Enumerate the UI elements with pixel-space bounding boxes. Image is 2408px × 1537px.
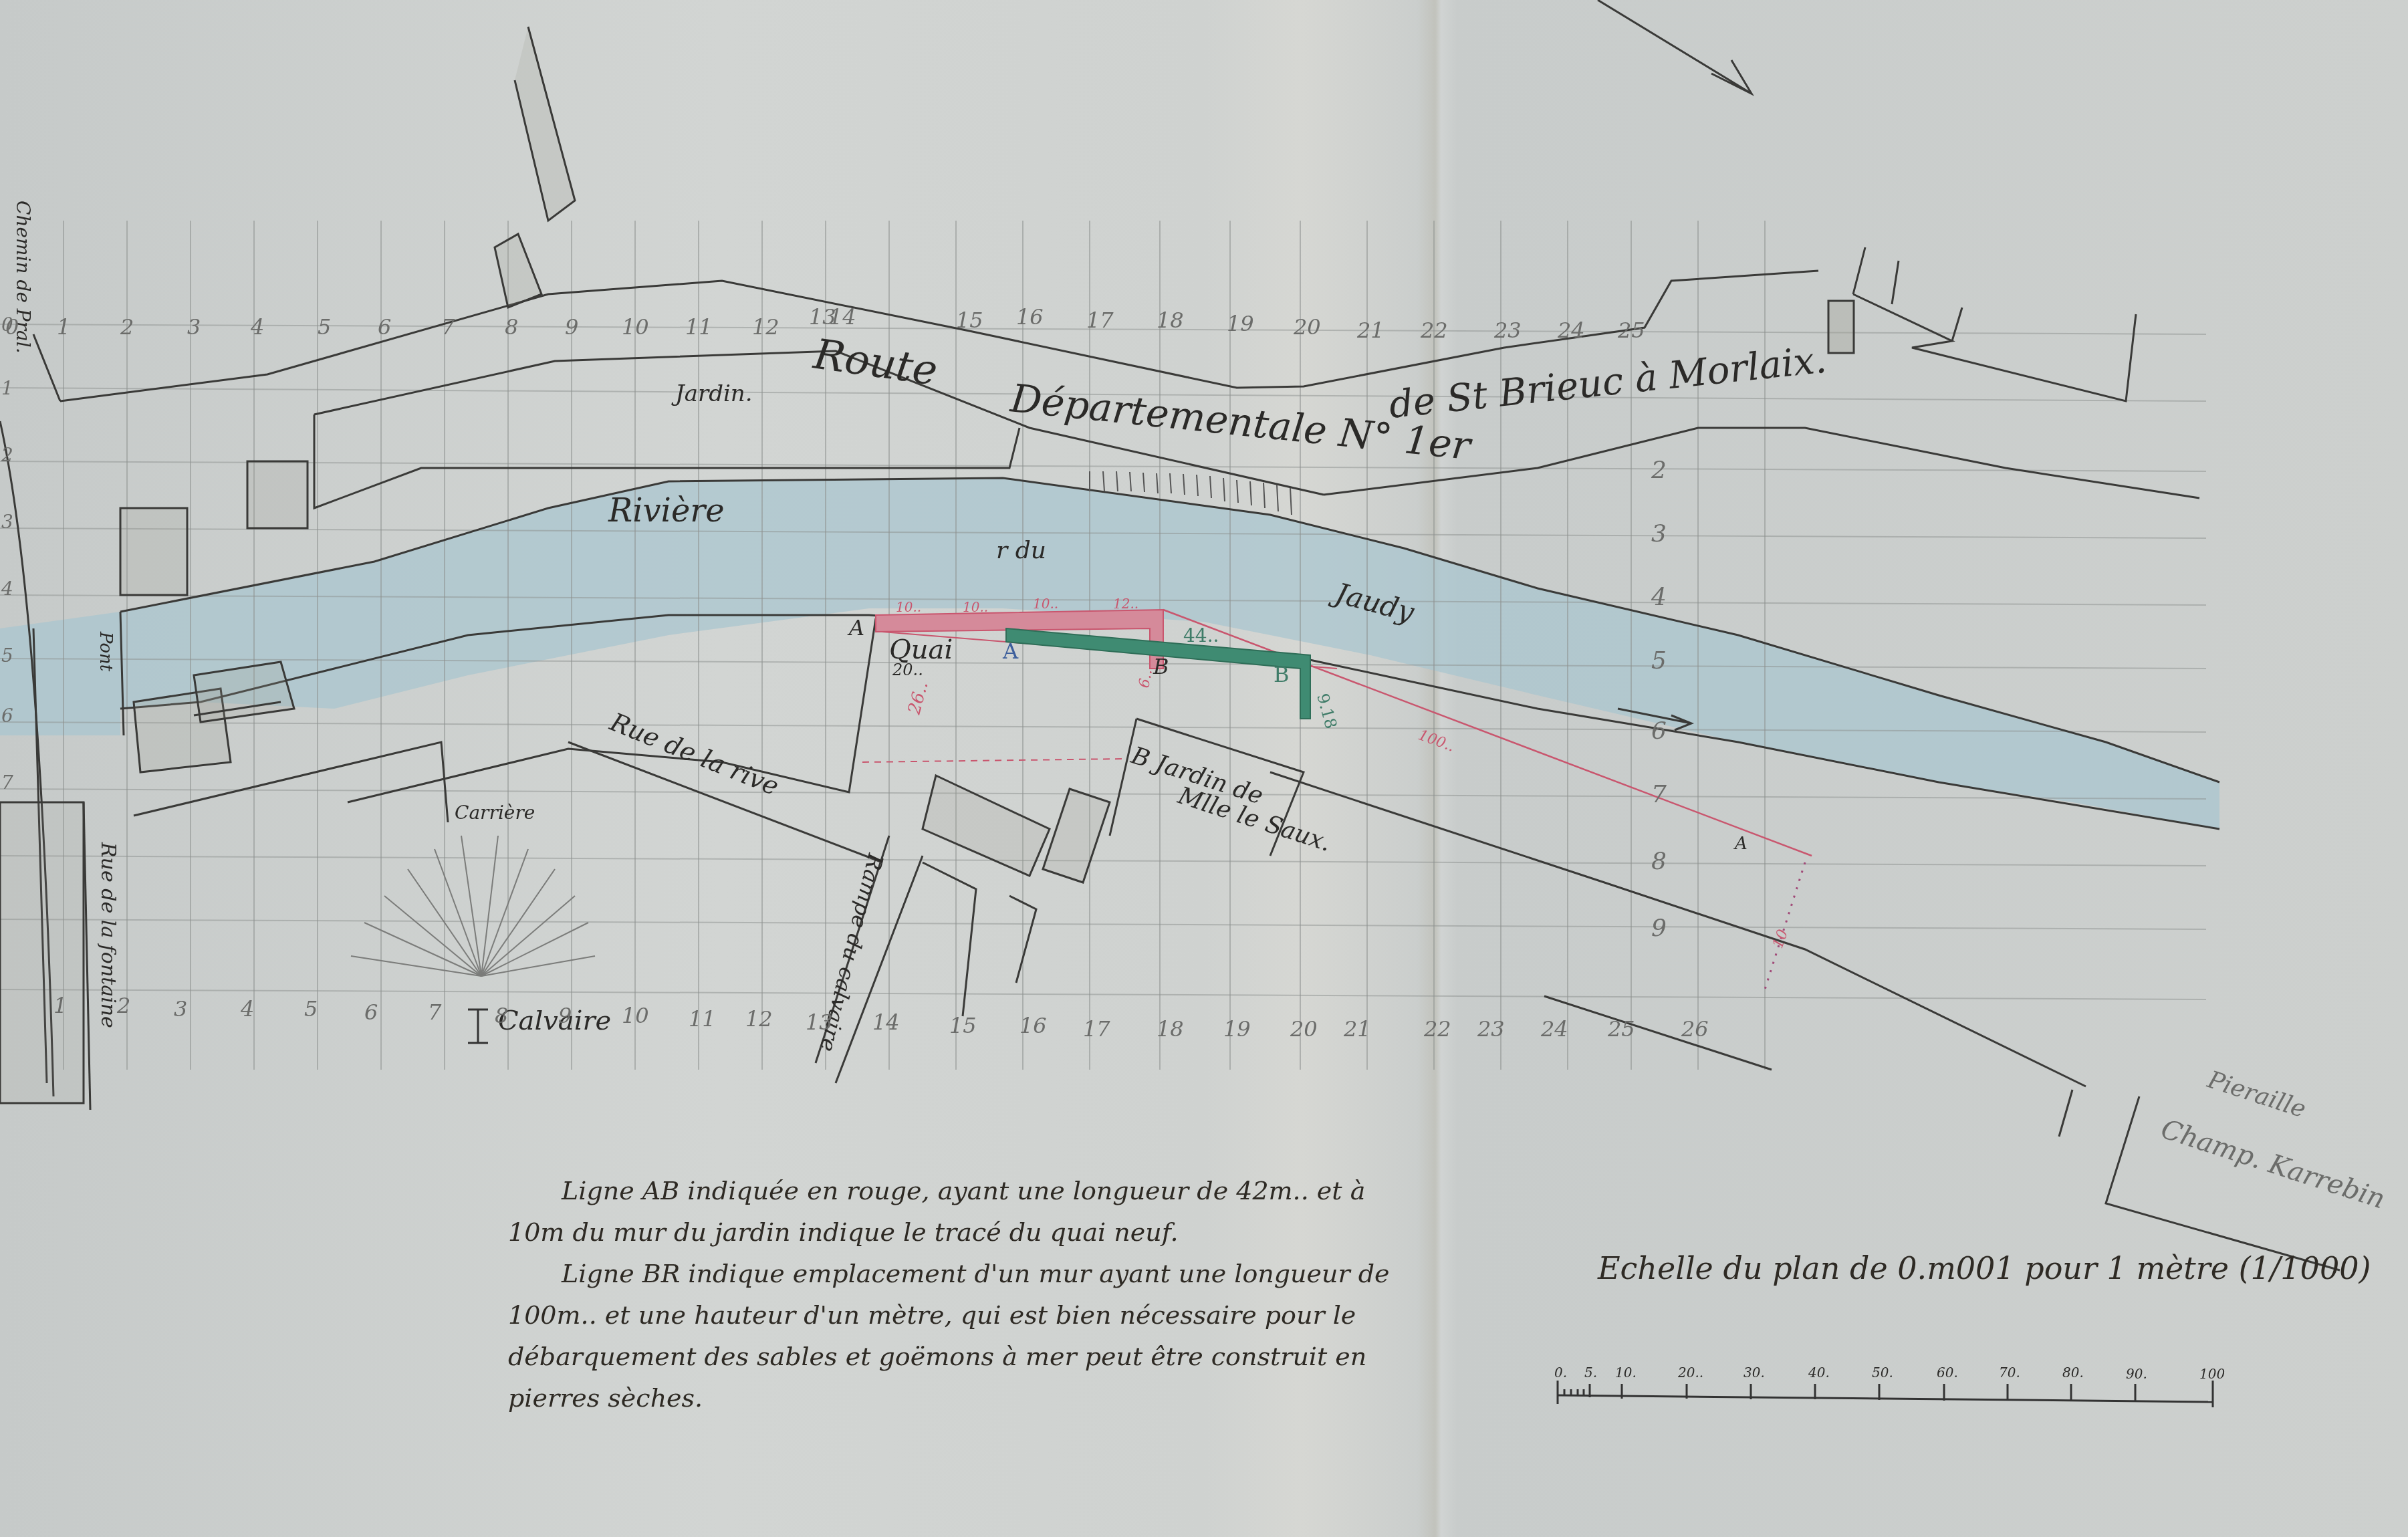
svg-text:50.: 50. bbox=[1872, 1365, 1893, 1381]
svg-text:20..: 20.. bbox=[1677, 1365, 1703, 1381]
svg-text:40.: 40. bbox=[1808, 1365, 1830, 1381]
svg-text:30.: 30. bbox=[1743, 1365, 1765, 1381]
svg-text:70.: 70. bbox=[1999, 1365, 2020, 1381]
svg-text:60.: 60. bbox=[1937, 1365, 1958, 1381]
svg-text:90.: 90. bbox=[2126, 1366, 2147, 1382]
svg-text:0.: 0. bbox=[1554, 1365, 1567, 1381]
scale-ticks: 0. 5. 10. 20.. 30. 40. 50. 60. 70. 80. 9… bbox=[1554, 1365, 2225, 1382]
svg-text:80.: 80. bbox=[2062, 1365, 2084, 1381]
svg-text:5.: 5. bbox=[1584, 1365, 1597, 1381]
scale-bar: 0. 5. 10. 20.. 30. 40. 50. 60. 70. 80. 9… bbox=[0, 0, 2408, 1537]
svg-text:100: 100 bbox=[2199, 1366, 2225, 1382]
svg-text:10.: 10. bbox=[1615, 1365, 1637, 1381]
